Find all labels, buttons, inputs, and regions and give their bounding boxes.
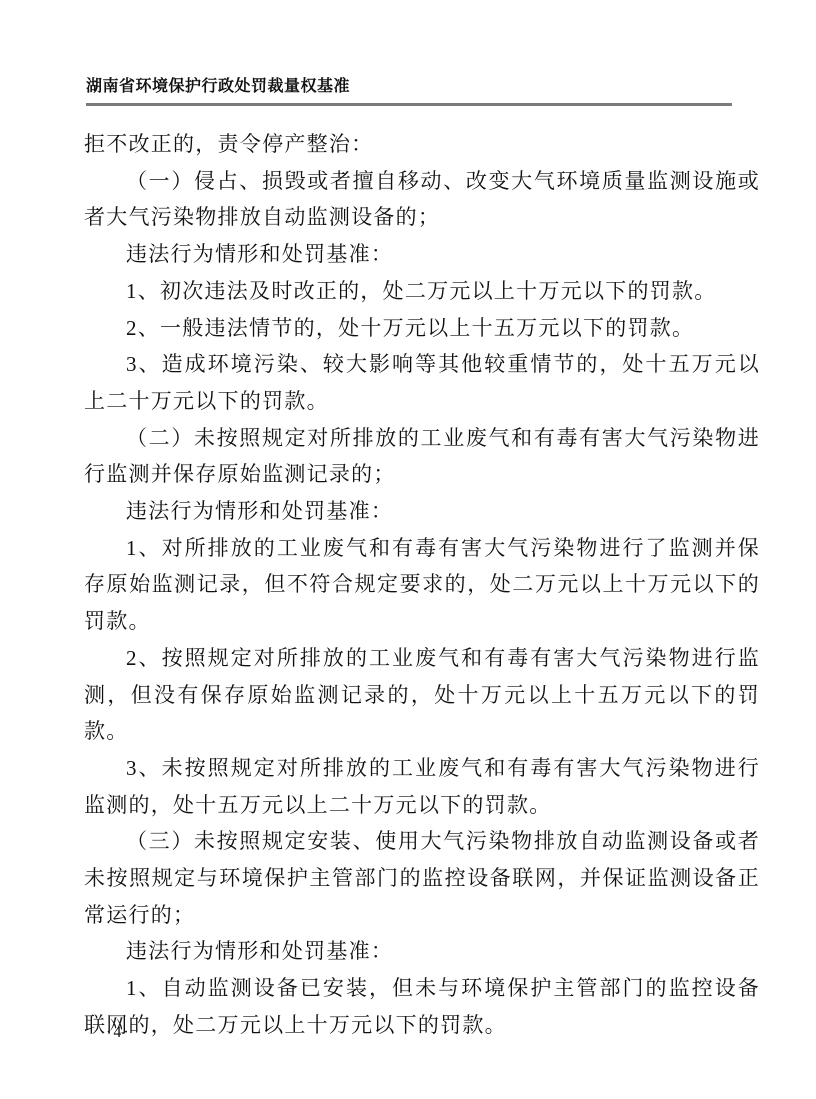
paragraph: 1、对所排放的工业废气和有毒有害大气污染物进行了监测并保存原始监测记录，但不符合… — [84, 530, 760, 640]
paragraph: 2、按照规定对所排放的工业废气和有毒有害大气污染物进行监测，但没有保存原始监测记… — [84, 640, 760, 750]
paragraph: 1、初次违法及时改正的，处二万元以上十万元以下的罚款。 — [84, 273, 760, 310]
paragraph: 违法行为情形和处罚基准： — [84, 493, 760, 530]
page-footer: ·4· — [106, 1022, 131, 1044]
header-rule — [86, 103, 732, 106]
paragraph: 拒不改正的，责令停产整治： — [84, 126, 760, 163]
paragraph: 2、一般违法情节的，处十万元以上十五万元以下的罚款。 — [84, 310, 760, 347]
paragraph: （一）侵占、损毁或者擅自移动、改变大气环境质量监测设施或者大气污染物排放自动监测… — [84, 163, 760, 236]
page-number: ·4· — [106, 1024, 131, 1041]
paragraph: 违法行为情形和处罚基准： — [84, 933, 760, 970]
paragraph: 违法行为情形和处罚基准： — [84, 236, 760, 273]
document-page: 湖南省环境保护行政处罚裁量权基准 拒不改正的，责令停产整治：（一）侵占、损毁或者… — [0, 0, 816, 1099]
paragraph: 3、造成环境污染、较大影响等其他较重情节的，处十五万元以上二十万元以下的罚款。 — [84, 346, 760, 419]
paragraph: 3、未按照规定对所排放的工业废气和有毒有害大气污染物进行监测的，处十五万元以上二… — [84, 750, 760, 823]
document-body: 拒不改正的，责令停产整治：（一）侵占、损毁或者擅自移动、改变大气环境质量监测设施… — [84, 126, 760, 1044]
paragraph: 1、自动监测设备已安装，但未与环境保护主管部门的监控设备联网的，处二万元以上十万… — [84, 970, 760, 1043]
paragraph: （三）未按照规定安装、使用大气污染物排放自动监测设备或者未按照规定与环境保护主管… — [84, 823, 760, 933]
paragraph: （二）未按照规定对所排放的工业废气和有毒有害大气污染物进行监测并保存原始监测记录… — [84, 420, 760, 493]
page-header: 湖南省环境保护行政处罚裁量权基准 — [86, 76, 732, 106]
header-title: 湖南省环境保护行政处罚裁量权基准 — [86, 76, 732, 98]
